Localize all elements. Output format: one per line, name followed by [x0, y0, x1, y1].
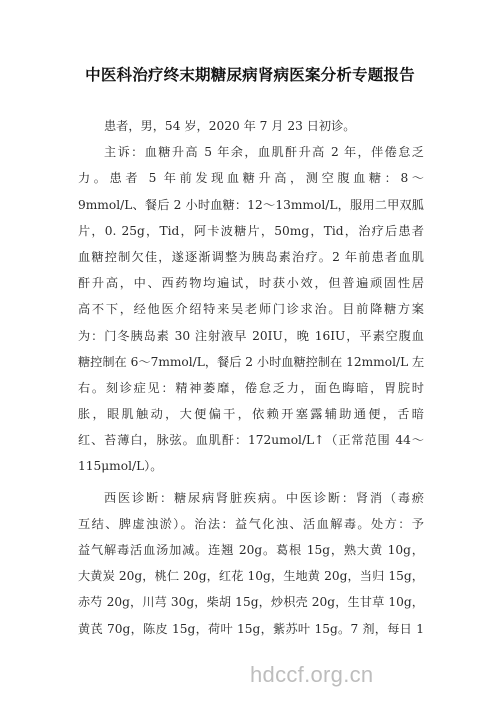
- document-page: 中医科治疗终末期糖尿病肾病医案分析专题报告 患者，男，54 岁，2020 年 7…: [0, 0, 500, 707]
- text-line: 为：门冬胰岛素 30 注射液早 20IU，晚 16IU，平素空腹血: [78, 323, 424, 349]
- text-line: 血糖控制欠佳，遂逐渐调整为胰岛素治疗。2 年前患者血肌: [78, 244, 424, 270]
- text-line: 片，0. 25g，Tid，阿卡波糖片，50mg，Tid，治疗后患者: [78, 218, 424, 244]
- watermark-text: hdccf.org.cn: [250, 662, 373, 688]
- paragraph-diagnosis-prescription: 西医诊断：糖尿病肾脏疾病。中医诊断：肾消（毒瘀 互结、脾虚浊淤）。治法：益气化浊…: [78, 485, 424, 642]
- text-line: 右。刻诊症见：精神萎靡，倦怠乏力，面色晦暗，胃脘时: [78, 375, 424, 401]
- text-line: 红、苔薄白，脉弦。血肌酐：172umol/L↑（正常范围 44～: [78, 427, 424, 453]
- text-line: 大黄炭 20g，桃仁 20g，红花 10g，生地黄 20g，当归 15g，: [78, 563, 424, 589]
- text-line: 高不下，经他医介绍特来吴老师门诊求治。目前降糖方案: [78, 296, 424, 322]
- paragraph-patient-info: 患者，男，54 岁，2020 年 7 月 23 日初诊。: [78, 113, 424, 139]
- text-line: 益气解毒活血汤加减。连翘 20g。葛根 15g，熟大黄 10g，: [78, 537, 424, 563]
- text-line: 赤芍 20g，川芎 30g，柴胡 15g，炒枳壳 20g，生甘草 10g，: [78, 589, 424, 615]
- text-line: 力。患者 5 年前发现血糖升高，测空腹血糖：8～: [78, 165, 424, 191]
- paragraph-chief-complaint: 主诉：血糖升高 5 年余，血肌酐升高 2 年，伴倦怠乏 力。患者 5 年前发现血…: [78, 139, 424, 479]
- text-line: 西医诊断：糖尿病肾脏疾病。中医诊断：肾消（毒瘀: [78, 485, 424, 511]
- text-line: 9mmol/L、餐后 2 小时血糖：12～13mmol/L，服用二甲双胍: [78, 192, 424, 218]
- text-line: 主诉：血糖升高 5 年余，血肌酐升高 2 年，伴倦怠乏: [78, 139, 424, 165]
- text-line: 115μmol/L）。: [78, 453, 424, 479]
- document-body: 患者，男，54 岁，2020 年 7 月 23 日初诊。 主诉：血糖升高 5 年…: [78, 113, 424, 642]
- text-line: 胀，眼肌触动，大便偏干，依赖开塞露辅助通便，舌暗: [78, 401, 424, 427]
- text-line: 酐升高，中、西药物均遍试，时获小效，但普遍顽固性居: [78, 270, 424, 296]
- text-line: 互结、脾虚浊淤）。治法：益气化浊、活血解毒。处方：予: [78, 511, 424, 537]
- text-line: 糖控制在 6～7mmol/L，餐后 2 小时血糖控制在 12mmol/L 左: [78, 349, 424, 375]
- text-line: 黄芪 70g，陈皮 15g，荷叶 15g，紫苏叶 15g。7 剂，每日 1: [78, 616, 424, 642]
- document-title: 中医科治疗终末期糖尿病肾病医案分析专题报告: [0, 63, 500, 85]
